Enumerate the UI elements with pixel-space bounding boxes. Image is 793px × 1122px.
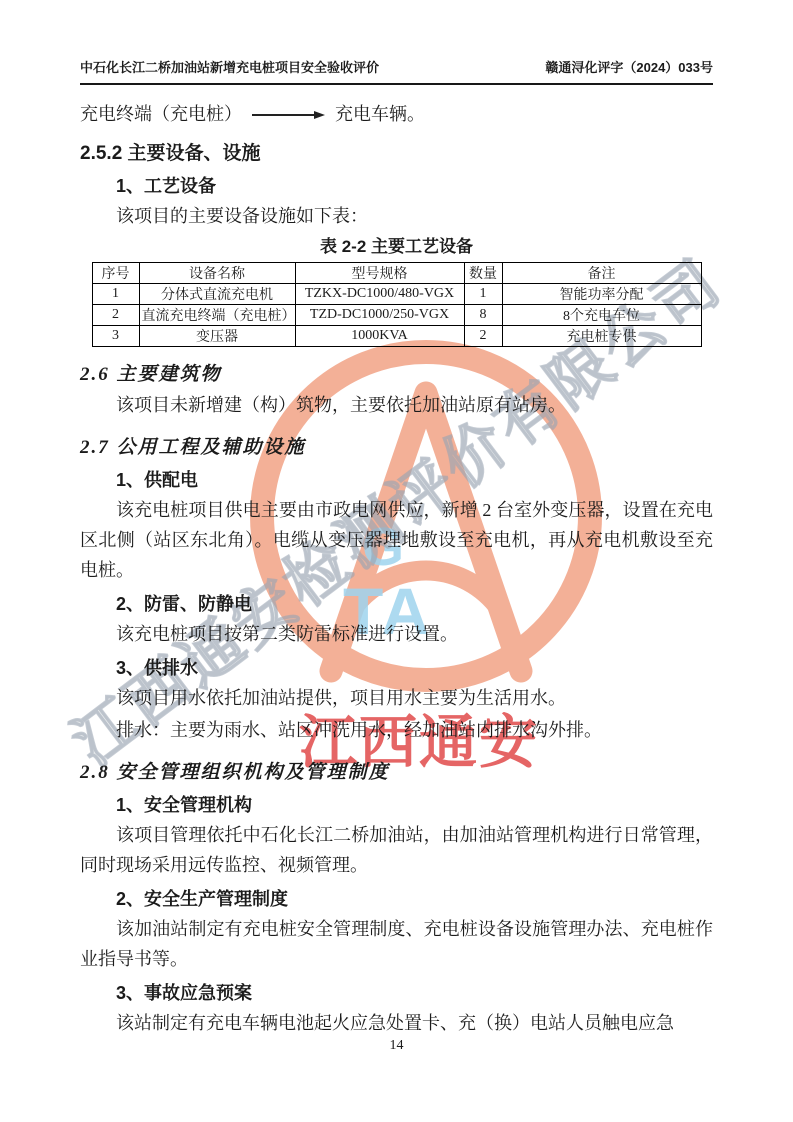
cell-model: TZD-DC1000/250-VGX [295, 304, 464, 325]
page-number: 14 [0, 1038, 793, 1054]
flow-from-label: 充电终端（充电桩） [80, 104, 242, 124]
cell-quantity: 2 [464, 325, 502, 346]
table-header-row: 序号 设备名称 型号规格 数量 备注 [92, 262, 701, 283]
equipment-table: 序号 设备名称 型号规格 数量 备注 1 分体式直流充电机 TZKX-DC100… [92, 262, 702, 347]
paragraph-drainage: 排水：主要为雨水、站区冲洗用水，经加油站内排水沟外排。 [80, 715, 713, 745]
section-heading-2-8: 2.8 安全管理组织机构及管理制度 [80, 760, 713, 786]
cell-index: 3 [92, 325, 139, 346]
flow-to-label: 充电车辆。 [335, 104, 425, 124]
cell-index: 1 [92, 283, 139, 304]
paragraph-power-supply: 该充电桩项目供电主要由市政电网供应，新增 2 台室外变压器，设置在充电区北侧（站… [80, 495, 713, 585]
document-page: G TA 江西通安检测评价有限公司 江西通安 中石化长江二桥加油站新增充电桩项目… [0, 0, 793, 1122]
paragraph-buildings: 该项目未新增建（构）筑物，主要依托加油站原有站房。 [80, 390, 713, 420]
cell-remarks: 充电桩专供 [502, 325, 701, 346]
cell-model: TZKX-DC1000/480-VGX [295, 283, 464, 304]
section-heading-2-6: 2.6 主要建筑物 [80, 362, 713, 388]
cell-remarks: 智能功率分配 [502, 283, 701, 304]
right-arrow-icon [252, 111, 325, 119]
cell-device-name: 分体式直流充电机 [139, 283, 295, 304]
cell-device-name: 直流充电终端（充电桩） [139, 304, 295, 325]
cell-model: 1000KVA [295, 325, 464, 346]
section-heading-2-5-2: 2.5.2 主要设备、设施 [80, 141, 713, 167]
subheading-safety-production-rules: 2、安全生产管理制度 [116, 886, 713, 912]
cell-index: 2 [92, 304, 139, 325]
col-header-model: 型号规格 [295, 262, 464, 283]
subheading-water-supply-drainage: 3、供排水 [116, 655, 713, 681]
table-row: 3 变压器 1000KVA 2 充电桩专供 [92, 325, 701, 346]
subheading-emergency-plan: 3、事故应急预案 [116, 980, 713, 1006]
table-caption: 表 2-2 主要工艺设备 [80, 234, 713, 259]
cell-quantity: 1 [464, 283, 502, 304]
flow-diagram-line: 充电终端（充电桩）充电车辆。 [80, 99, 713, 129]
subheading-process-equipment: 1、工艺设备 [116, 173, 713, 199]
table-row: 1 分体式直流充电机 TZKX-DC1000/480-VGX 1 智能功率分配 [92, 283, 701, 304]
cell-device-name: 变压器 [139, 325, 295, 346]
col-header-device-name: 设备名称 [139, 262, 295, 283]
document-content: 中石化长江二桥加油站新增充电桩项目安全验收评价 赣通浔化评字（2024）033号… [0, 60, 793, 1038]
col-header-index: 序号 [92, 262, 139, 283]
subheading-lightning-protection: 2、防雷、防静电 [116, 591, 713, 617]
header-doc-number: 赣通浔化评字（2024）033号 [545, 60, 713, 76]
cell-remarks: 8个充电车位 [502, 304, 701, 325]
paragraph-emergency-plan: 该站制定有充电车辆电池起火应急处置卡、充（换）电站人员触电应急 [80, 1008, 713, 1038]
paragraph-table-intro: 该项目的主要设备设施如下表： [80, 201, 713, 231]
col-header-quantity: 数量 [464, 262, 502, 283]
page-header: 中石化长江二桥加油站新增充电桩项目安全验收评价 赣通浔化评字（2024）033号 [80, 60, 713, 85]
paragraph-water-supply: 该项目用水依托加油站提供，项目用水主要为生活用水。 [80, 683, 713, 713]
table-row: 2 直流充电终端（充电桩） TZD-DC1000/250-VGX 8 8个充电车… [92, 304, 701, 325]
paragraph-safety-production-rules: 该加油站制定有充电桩安全管理制度、充电桩设备设施管理办法、充电桩作业指导书等。 [80, 914, 713, 974]
header-title-left: 中石化长江二桥加油站新增充电桩项目安全验收评价 [80, 60, 379, 76]
subheading-safety-org: 1、安全管理机构 [116, 792, 713, 818]
col-header-remarks: 备注 [502, 262, 701, 283]
subheading-power-supply: 1、供配电 [116, 467, 713, 493]
cell-quantity: 8 [464, 304, 502, 325]
paragraph-safety-org: 该项目管理依托中石化长江二桥加油站，由加油站管理机构进行日常管理，同时现场采用远… [80, 820, 713, 880]
paragraph-lightning-protection: 该充电桩项目按第二类防雷标准进行设置。 [80, 619, 713, 649]
section-heading-2-7: 2.7 公用工程及辅助设施 [80, 435, 713, 461]
